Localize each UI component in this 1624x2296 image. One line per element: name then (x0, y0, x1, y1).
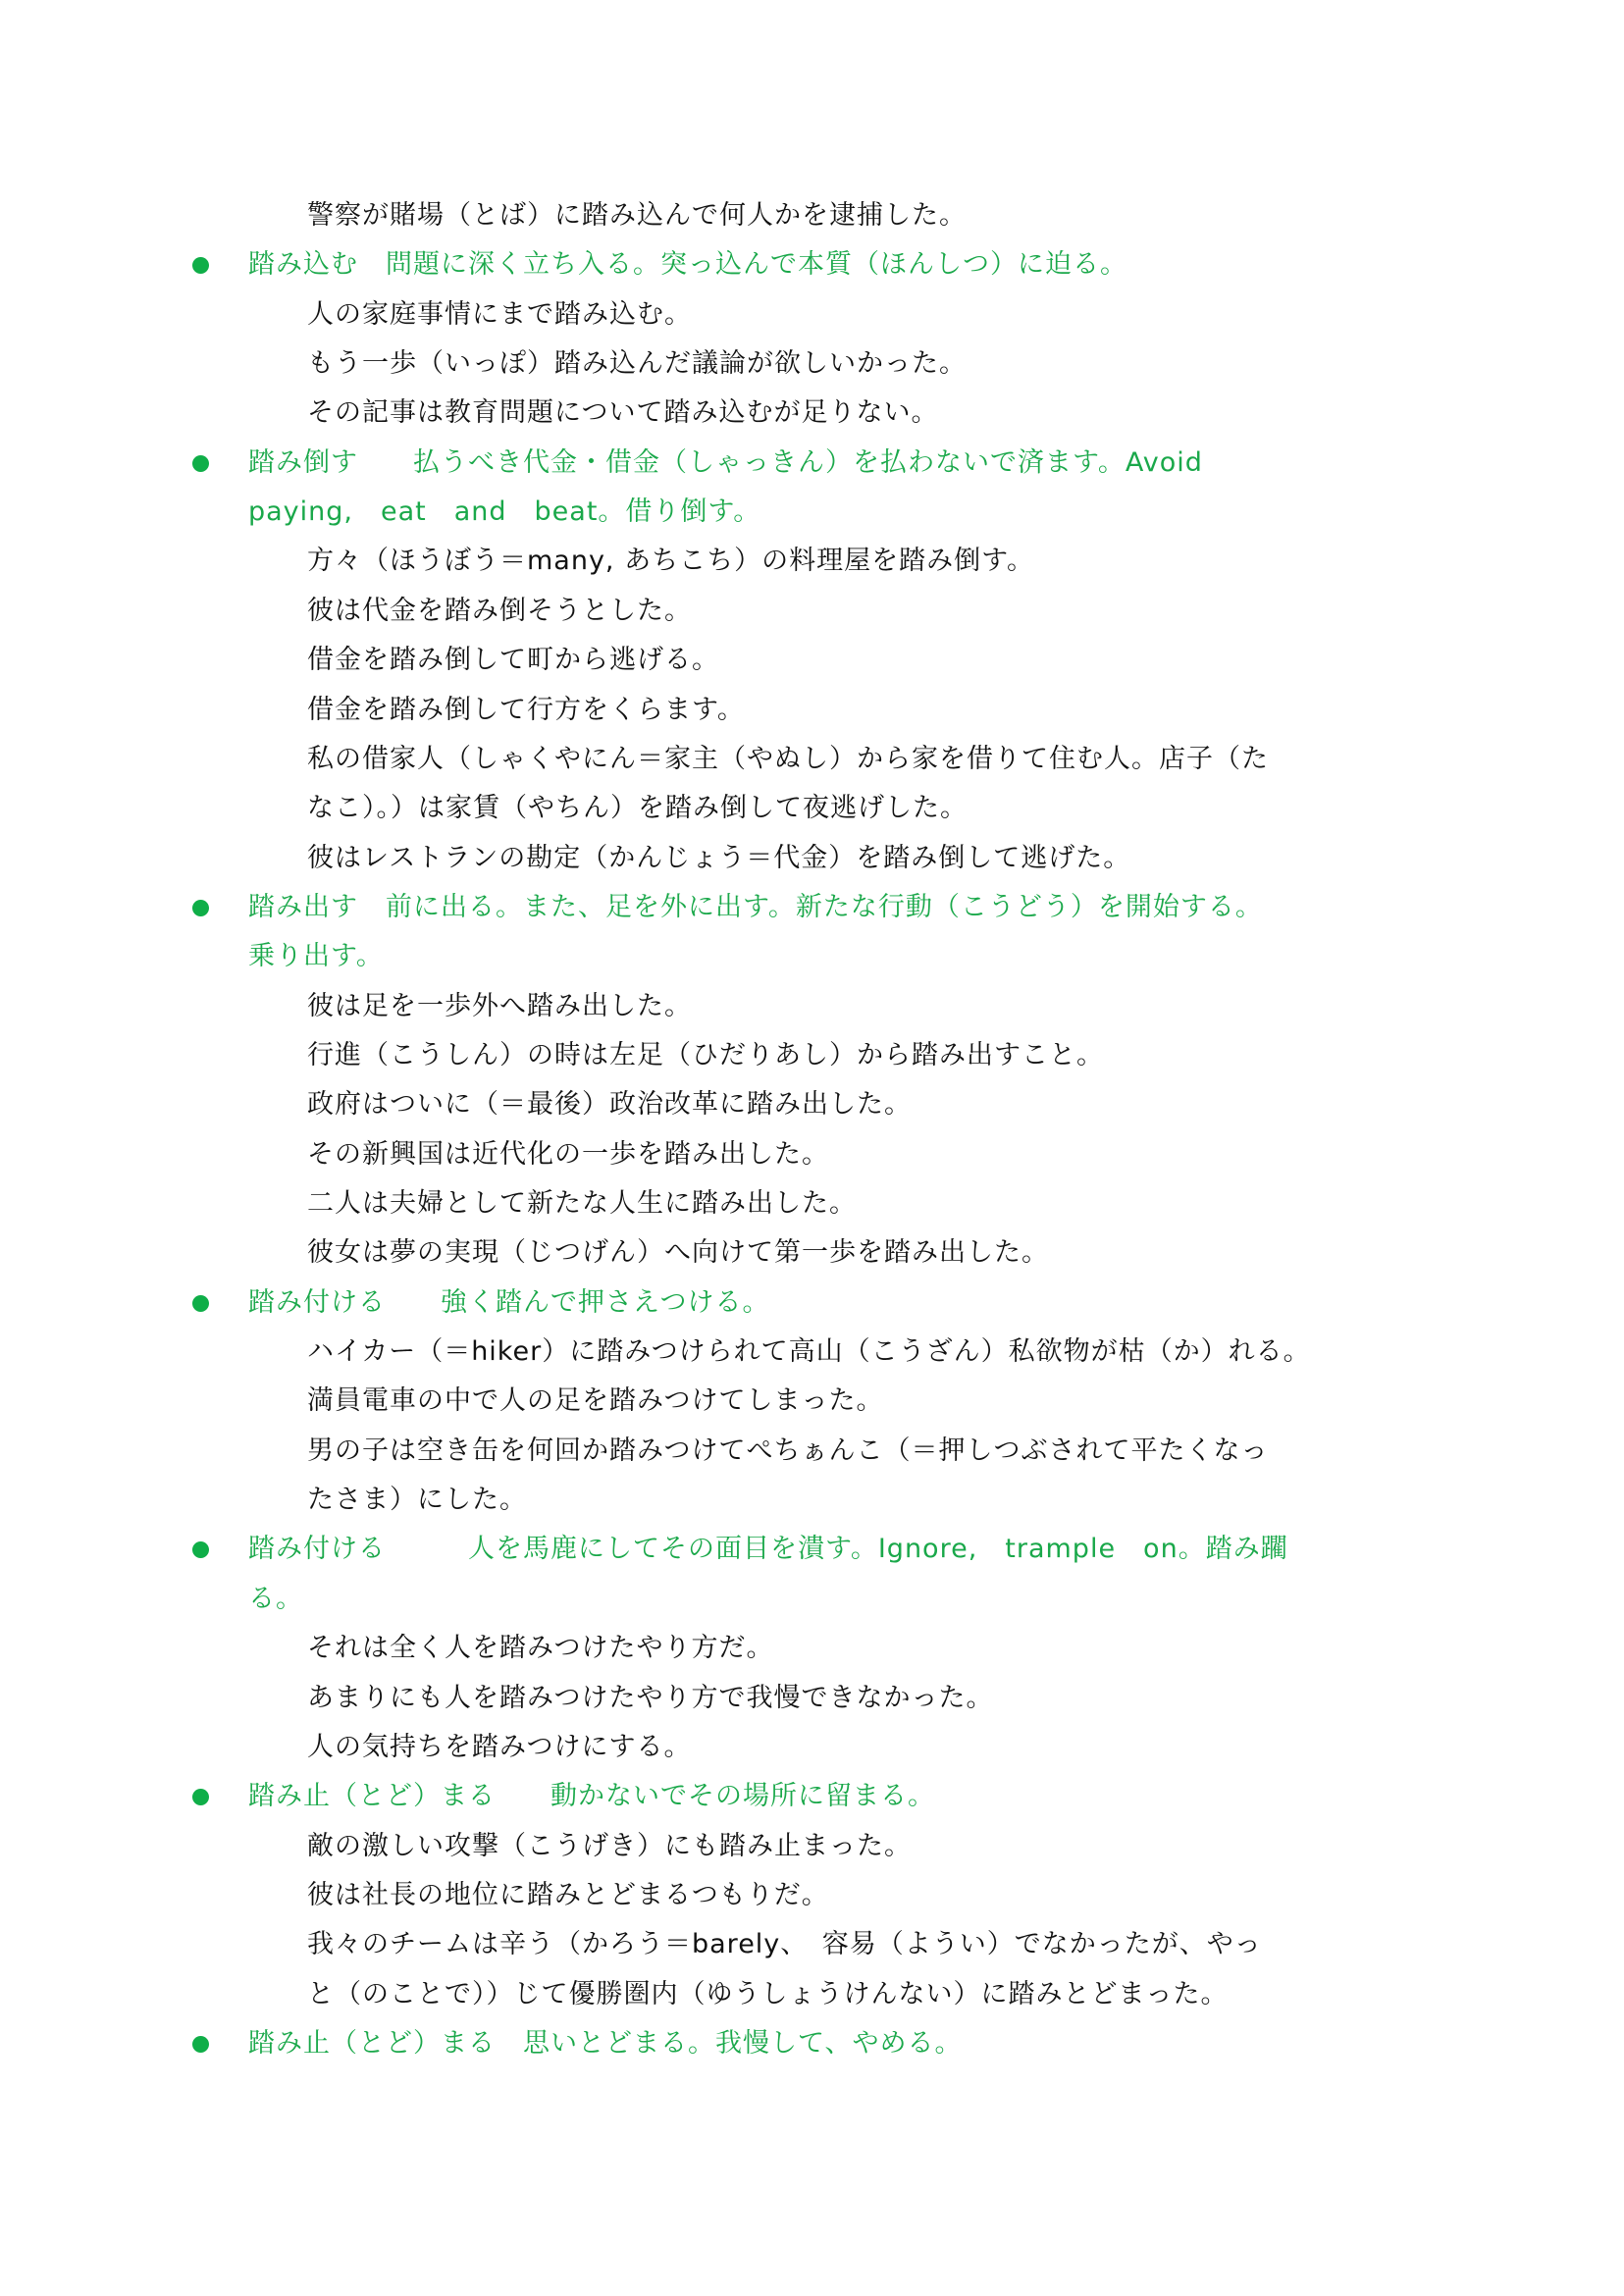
bullet-icon (192, 1541, 209, 1558)
entry-heading-continuation: 乗り出す。 (248, 940, 384, 973)
bullet-icon (192, 900, 209, 916)
example-sentence: 私の借家人（しゃくやにん＝家主（やぬし）から家を借りて住む人。店子（た (307, 743, 1269, 776)
example-sentence: もう一歩（いっぽ）踏み込んだ議論が欲しいかった。 (307, 347, 967, 381)
entry-heading-continuation: paying, eat and beat。借り倒す。 (248, 496, 760, 529)
example-sentence: ハイカー（＝hiker）に踏みつけられて高山（こうざん）私欲物が枯（か）れる。 (307, 1335, 1311, 1369)
example-sentence: 借金を踏み倒して行方をくらます。 (307, 694, 745, 727)
example-sentence: その新興国は近代化の一歩を踏み出した。 (307, 1138, 829, 1172)
document-page: 警察が賭場（とば）に踏み込んで何人かを逮捕した。踏み込む 問題に深く立ち入る。突… (0, 0, 1624, 2296)
example-sentence: 我々のチームは辛う（かろう＝barely、 容易（ようい）でなかったが、やっ (307, 1928, 1262, 1961)
example-sentence: 満員電車の中で人の足を踏みつけてしまった。 (307, 1384, 883, 1418)
example-sentence: 彼はレストランの勘定（かんじょう＝代金）を踏み倒して逃げた。 (307, 842, 1130, 875)
example-sentence: と（のことで））じて優勝圏内（ゆうしょうけんない）に踏みとどまった。 (307, 1978, 1229, 2011)
entry-heading: 踏み出す 前に出る。また、足を外に出す。新たな行動（こうどう）を開始する。 (248, 891, 1263, 924)
entry-heading: 踏み付ける 強く踏んで押さえつける。 (248, 1286, 769, 1320)
example-sentence: その記事は教育問題について踏み込むが足りない。 (307, 396, 938, 430)
example-sentence: 彼は代金を踏み倒そうとした。 (307, 595, 692, 628)
example-sentence: 彼は足を一歩外へ踏み出した。 (307, 990, 692, 1023)
entry-heading: 踏み込む 問題に深く立ち入る。突っ込んで本質（ほんしつ）に迫る。 (248, 248, 1127, 282)
entry-heading-continuation: る。 (248, 1583, 303, 1616)
example-sentence: 政府はついに（＝最後）政治改革に踏み出した。 (307, 1088, 912, 1122)
example-sentence: 方々（ほうぼう＝many, あちこち）の料理屋を踏み倒す。 (307, 545, 1034, 578)
example-sentence: それは全く人を踏みつけたやり方だ。 (307, 1632, 773, 1665)
entry-heading: 踏み止（とど）まる 動かないでその場所に留まる。 (248, 1780, 935, 1813)
example-sentence: 借金を踏み倒して町から逃げる。 (307, 644, 719, 677)
example-sentence: 彼は社長の地位に踏みとどまるつもりだ。 (307, 1879, 829, 1912)
example-sentence: 人の家庭事情にまで踏み込む。 (307, 298, 692, 332)
bullet-icon (192, 1789, 209, 1805)
bullet-icon (192, 2036, 209, 2053)
example-sentence: 敵の激しい攻撃（こうげき）にも踏み止まった。 (307, 1830, 912, 1863)
entry-heading: 踏み止（とど）まる 思いとどまる。我慢して、やめる。 (248, 2027, 962, 2061)
example-sentence: 行進（こうしん）の時は左足（ひだりあし）から踏み出すこと。 (307, 1039, 1104, 1072)
example-sentence: 警察が賭場（とば）に踏み込んで何人かを逮捕した。 (307, 199, 967, 233)
entry-heading: 踏み倒す 払うべき代金・借金（しゃっきん）を払わないで済ます。Avoid (248, 446, 1203, 480)
example-sentence: 彼女は夢の実現（じつげん）へ向けて第一歩を踏み出した。 (307, 1236, 1049, 1270)
bullet-icon (192, 455, 209, 472)
bullet-icon (192, 257, 209, 274)
example-sentence: あまりにも人を踏みつけたやり方で我慢できなかった。 (307, 1682, 993, 1715)
example-sentence: なこ）。）は家賃（やちん）を踏み倒して夜逃げした。 (307, 792, 968, 825)
entry-heading: 踏み付ける 人を馬鹿にしてその面目を潰す。Ignore, trample on。… (248, 1533, 1288, 1566)
example-sentence: 二人は夫婦として新たな人生に踏み出した。 (307, 1187, 857, 1221)
example-sentence: 男の子は空き缶を何回か踏みつけてぺちぁんこ（＝押しつぶされて平たくなっ (307, 1435, 1268, 1468)
example-sentence: 人の気持ちを踏みつけにする。 (307, 1731, 691, 1764)
bullet-icon (192, 1295, 209, 1312)
example-sentence: たさま）にした。 (307, 1484, 527, 1517)
